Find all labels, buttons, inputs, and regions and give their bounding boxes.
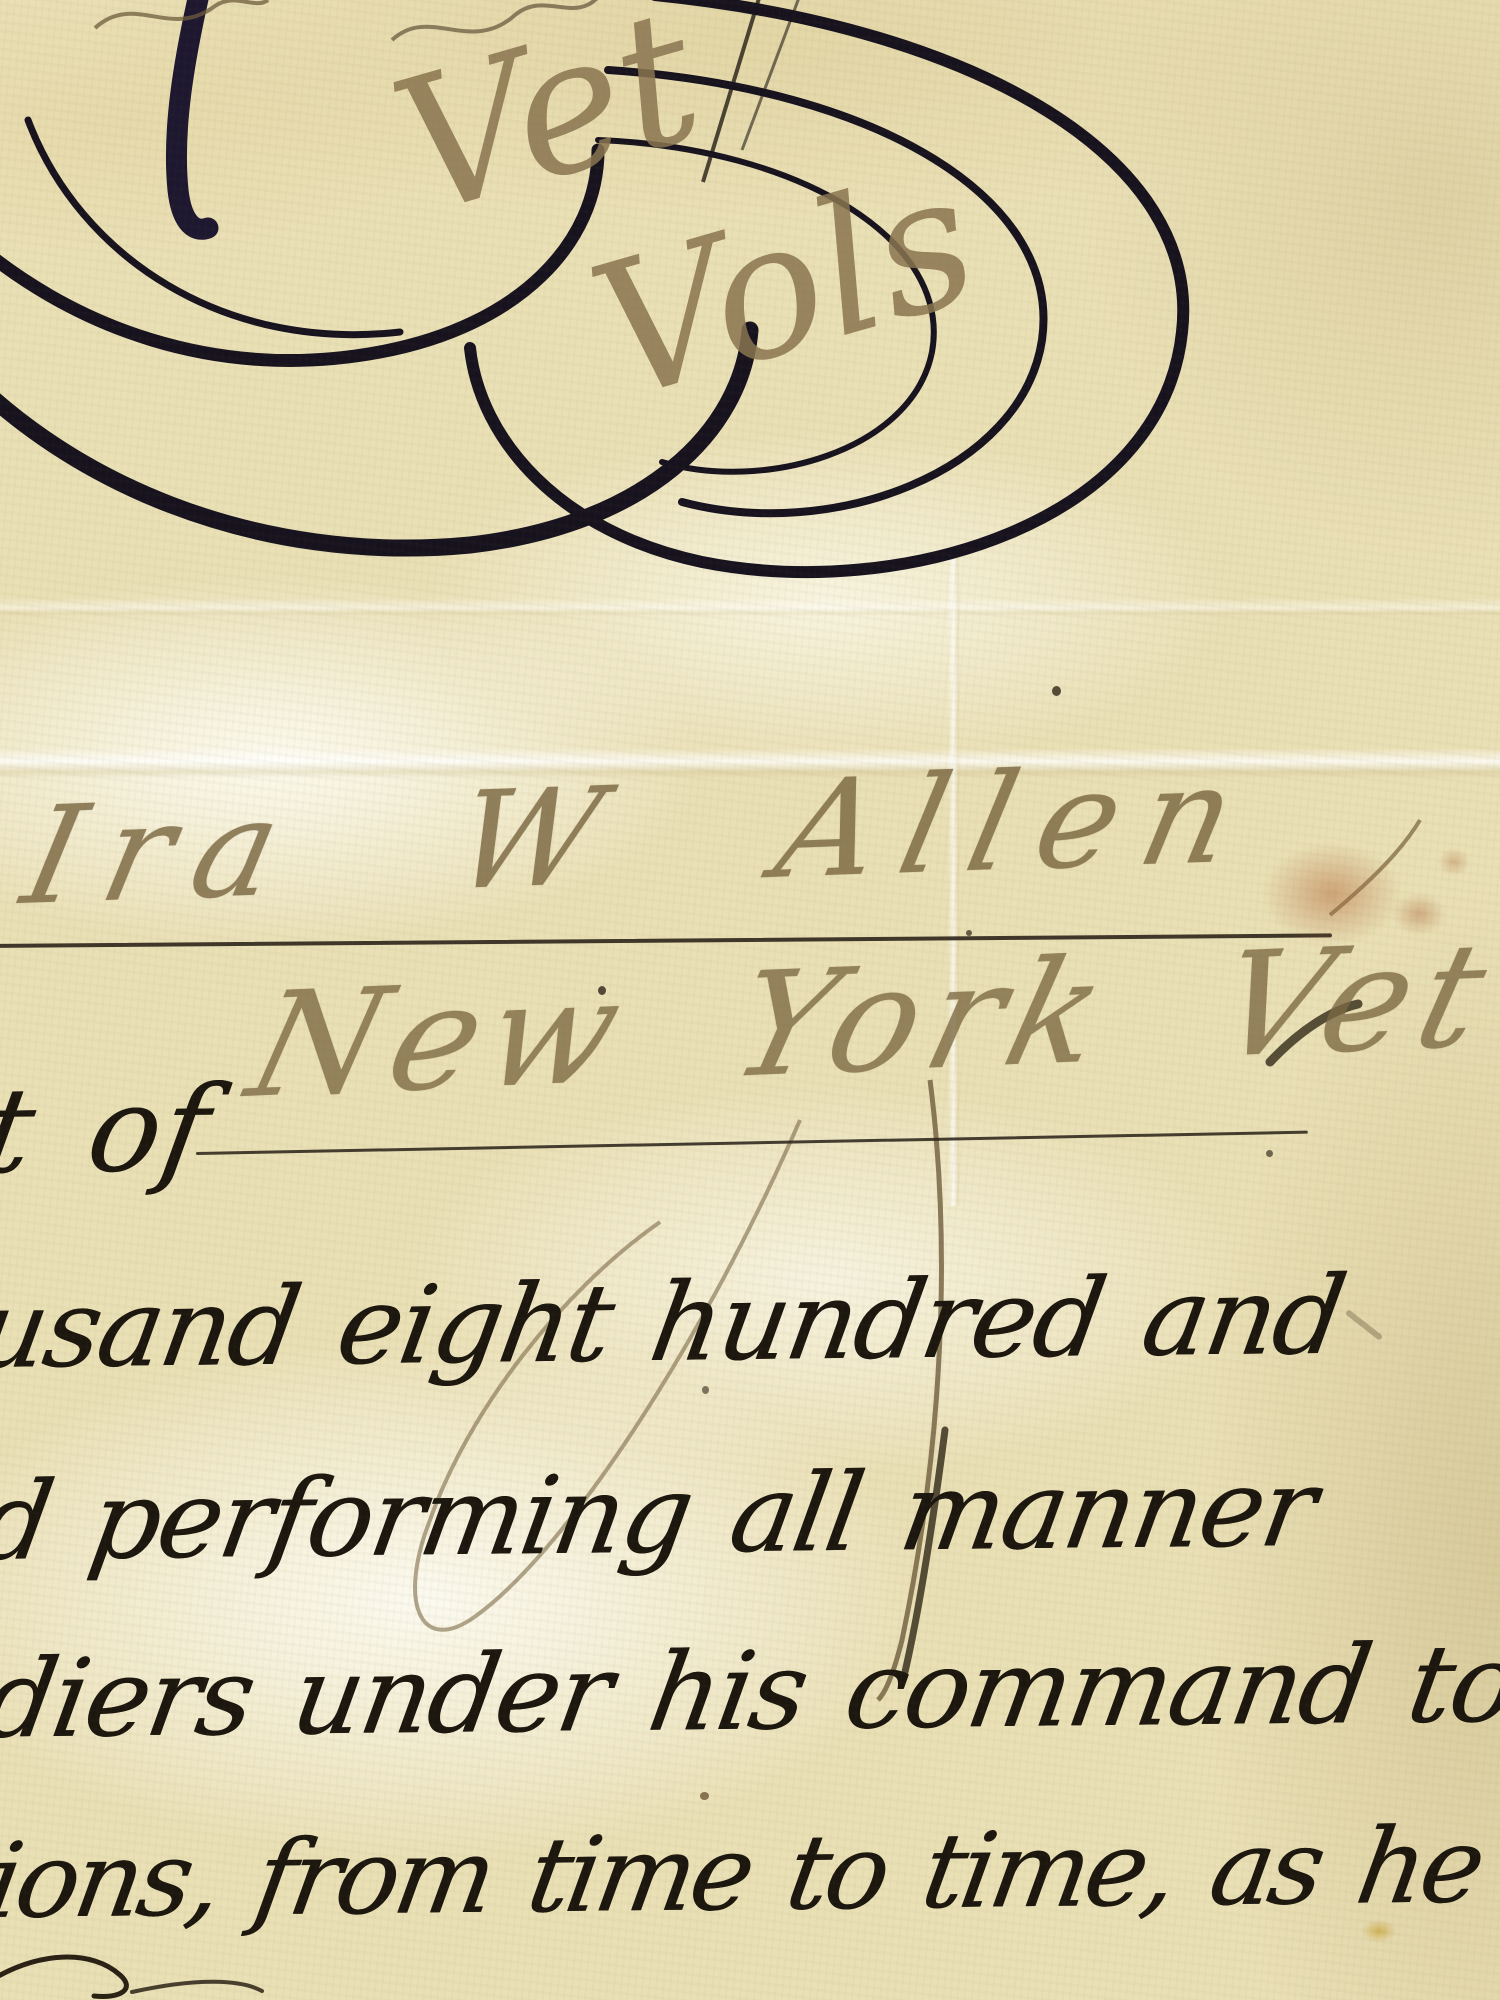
flourish-stroke	[176, 0, 208, 229]
name-end-flick	[1330, 820, 1420, 915]
document-page: Vet Vols Ira W Allen t of New York Vet u…	[0, 0, 1500, 2000]
bottom-script-fragment	[0, 1957, 126, 1996]
top-edge-script-fragment	[95, 0, 268, 28]
handwriting-descender	[878, 1080, 941, 1700]
printed-line-4: ions, from time to time, as he	[0, 1804, 1490, 1942]
printed-line-3: ldiers under his command to	[0, 1622, 1500, 1763]
printed-line-1: usand eight hundred and	[0, 1254, 1352, 1393]
printed-line-2: d performing all manner	[0, 1446, 1323, 1585]
bottom-script-fragment	[132, 1982, 262, 1992]
printed-fragment-of: t of	[0, 1060, 221, 1200]
